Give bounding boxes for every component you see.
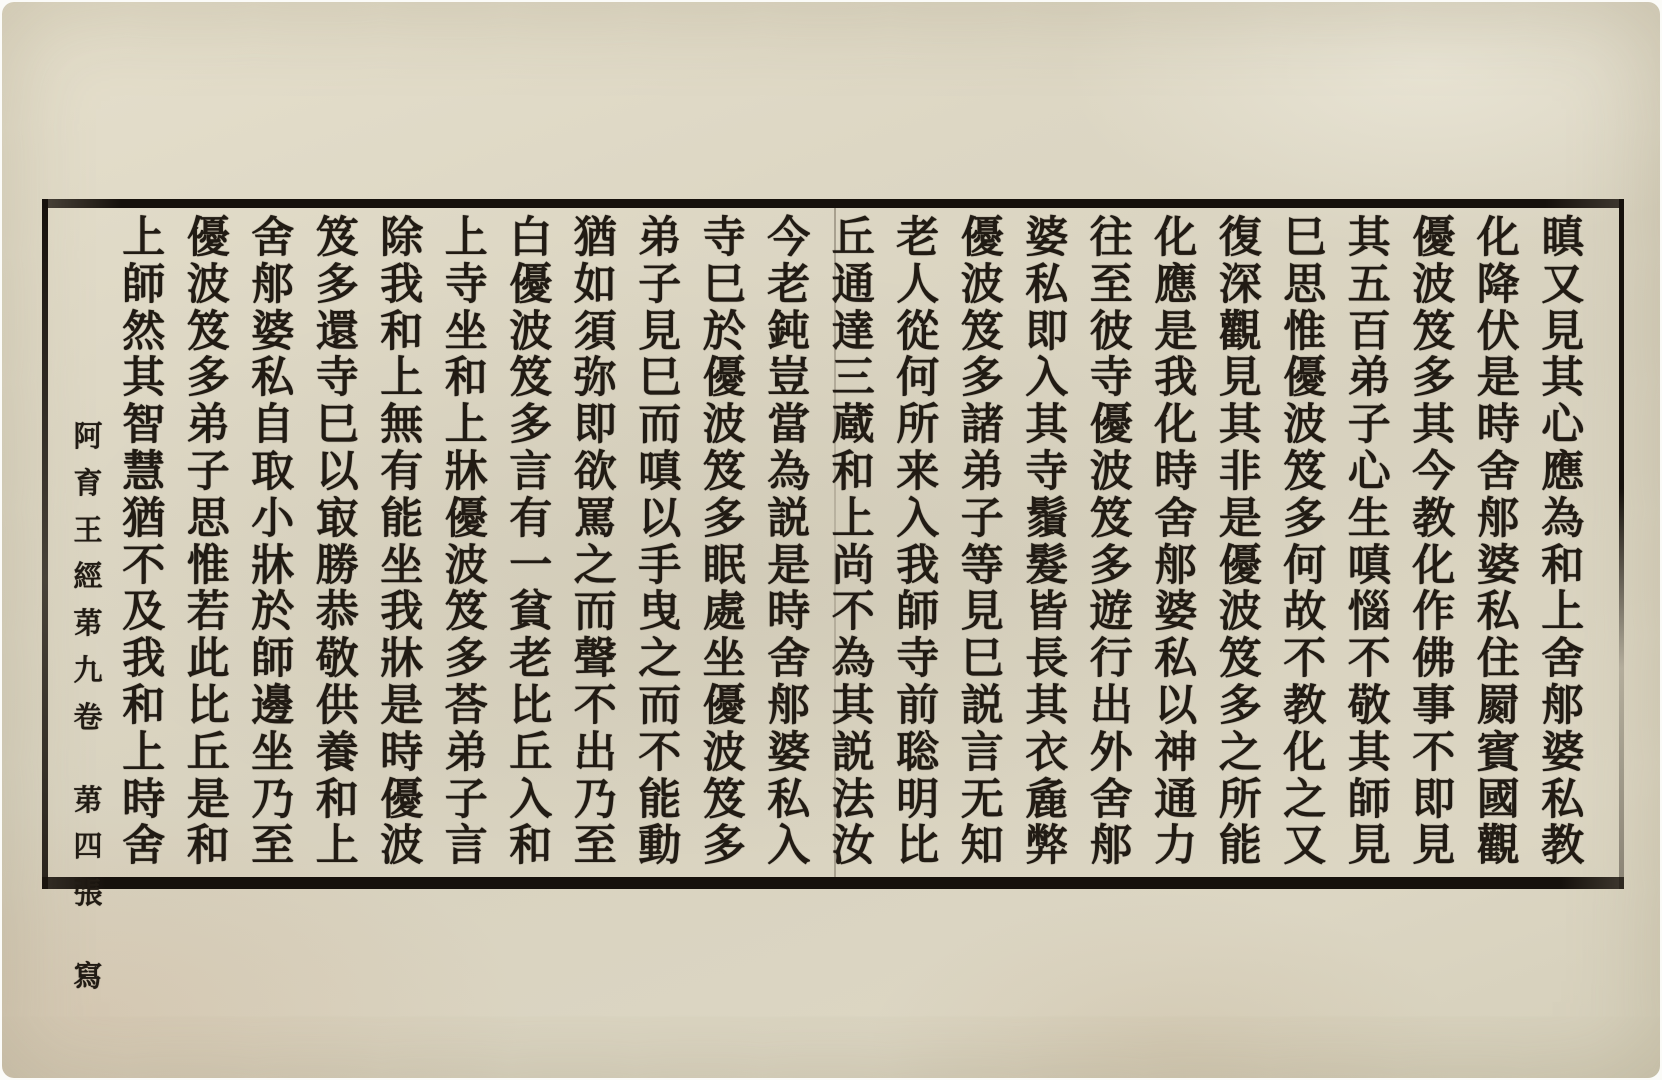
text-column-1: 瞋又見其心應為和上舍郍婆私教 xyxy=(1531,216,1596,871)
text-column-13: 今老鈍豈當為説是時舍郍婆私入 xyxy=(757,216,822,871)
text-column-19: 除我和上無有能坐我牀是時優波 xyxy=(370,216,435,871)
text-column-22: 優波笈多弟子思惟若此比丘是和 xyxy=(176,216,241,871)
text-column-17: 白優波笈多言有一貧老比丘入和 xyxy=(499,216,564,871)
frame-border-right xyxy=(1619,199,1624,889)
text-column-7: 化應是我化時舍郍婆私以神通力 xyxy=(1144,216,1209,871)
text-column-15: 弟子見巳而嗔以手曳之而不能動 xyxy=(628,216,693,871)
text-column-16: 猶如須弥即欲罵之而聲不出乃至 xyxy=(563,216,628,871)
paper-sheet: 瞋又見其心應為和上舍郍婆私教 化降伏是時舍郍婆私住罽賓國觀 優波笈多其今教化作佛… xyxy=(2,2,1660,1078)
frame-border-bottom xyxy=(42,877,1624,889)
colophon-title: 阿育王經苐九卷 xyxy=(64,421,112,749)
text-column-10: 優波笈多諸弟子等見巳説言无知 xyxy=(950,216,1015,871)
colophon-column: 阿育王經苐九卷 苐四張 寫 xyxy=(64,421,112,1008)
sutra-text-block: 瞋又見其心應為和上舍郍婆私教 化降伏是時舍郍婆私住罽賓國觀 優波笈多其今教化作佛… xyxy=(192,208,1619,877)
text-column-4: 其五百弟子心生嗔惱不敬其師見 xyxy=(1337,216,1402,871)
text-column-8: 往至彼寺優波笈多遊行出外舍郍 xyxy=(1079,216,1144,871)
manuscript-scan: { "theme": { "ink_border_color": "#16110… xyxy=(0,0,1662,1080)
frame-border-left xyxy=(42,199,48,889)
text-column-9: 婆私即入其寺鬚髮皆長其衣麁弊 xyxy=(1015,216,1080,871)
colophon-scribe-mark: 寫 xyxy=(64,961,112,1008)
text-column-6: 復深觀見其非是優波笈多之所能 xyxy=(1208,216,1273,871)
colophon-sheet-number: 苐四張 xyxy=(64,785,112,925)
text-column-3: 優波笈多其今教化作佛事不即見 xyxy=(1402,216,1467,871)
text-column-2: 化降伏是時舍郍婆私住罽賓國觀 xyxy=(1466,216,1531,871)
text-frame: 瞋又見其心應為和上舍郍婆私教 化降伏是時舍郍婆私住罽賓國觀 優波笈多其今教化作佛… xyxy=(42,199,1624,889)
text-column-20: 笈多還寺巳以㝡勝恭敬供養和上 xyxy=(305,216,370,871)
text-column-21: 舍郍婆私自取小牀於師邊坐乃至 xyxy=(241,216,306,871)
text-column-12: 丘通達三蔵和上尚不為其説法汝 xyxy=(821,216,886,871)
text-column-18: 上寺坐和上牀優波笈多荅弟子言 xyxy=(434,216,499,871)
text-column-11: 老人從何所来入我師寺前聡明比 xyxy=(886,216,951,871)
frame-border-top xyxy=(42,199,1624,208)
text-column-5: 巳思惟優波笈多何故不教化之又 xyxy=(1273,216,1338,871)
text-column-23: 上師然其智慧猶不及我和上時舍 xyxy=(112,216,177,871)
text-column-14: 寺巳於優波笈多眠處坐優波笈多 xyxy=(692,216,757,871)
